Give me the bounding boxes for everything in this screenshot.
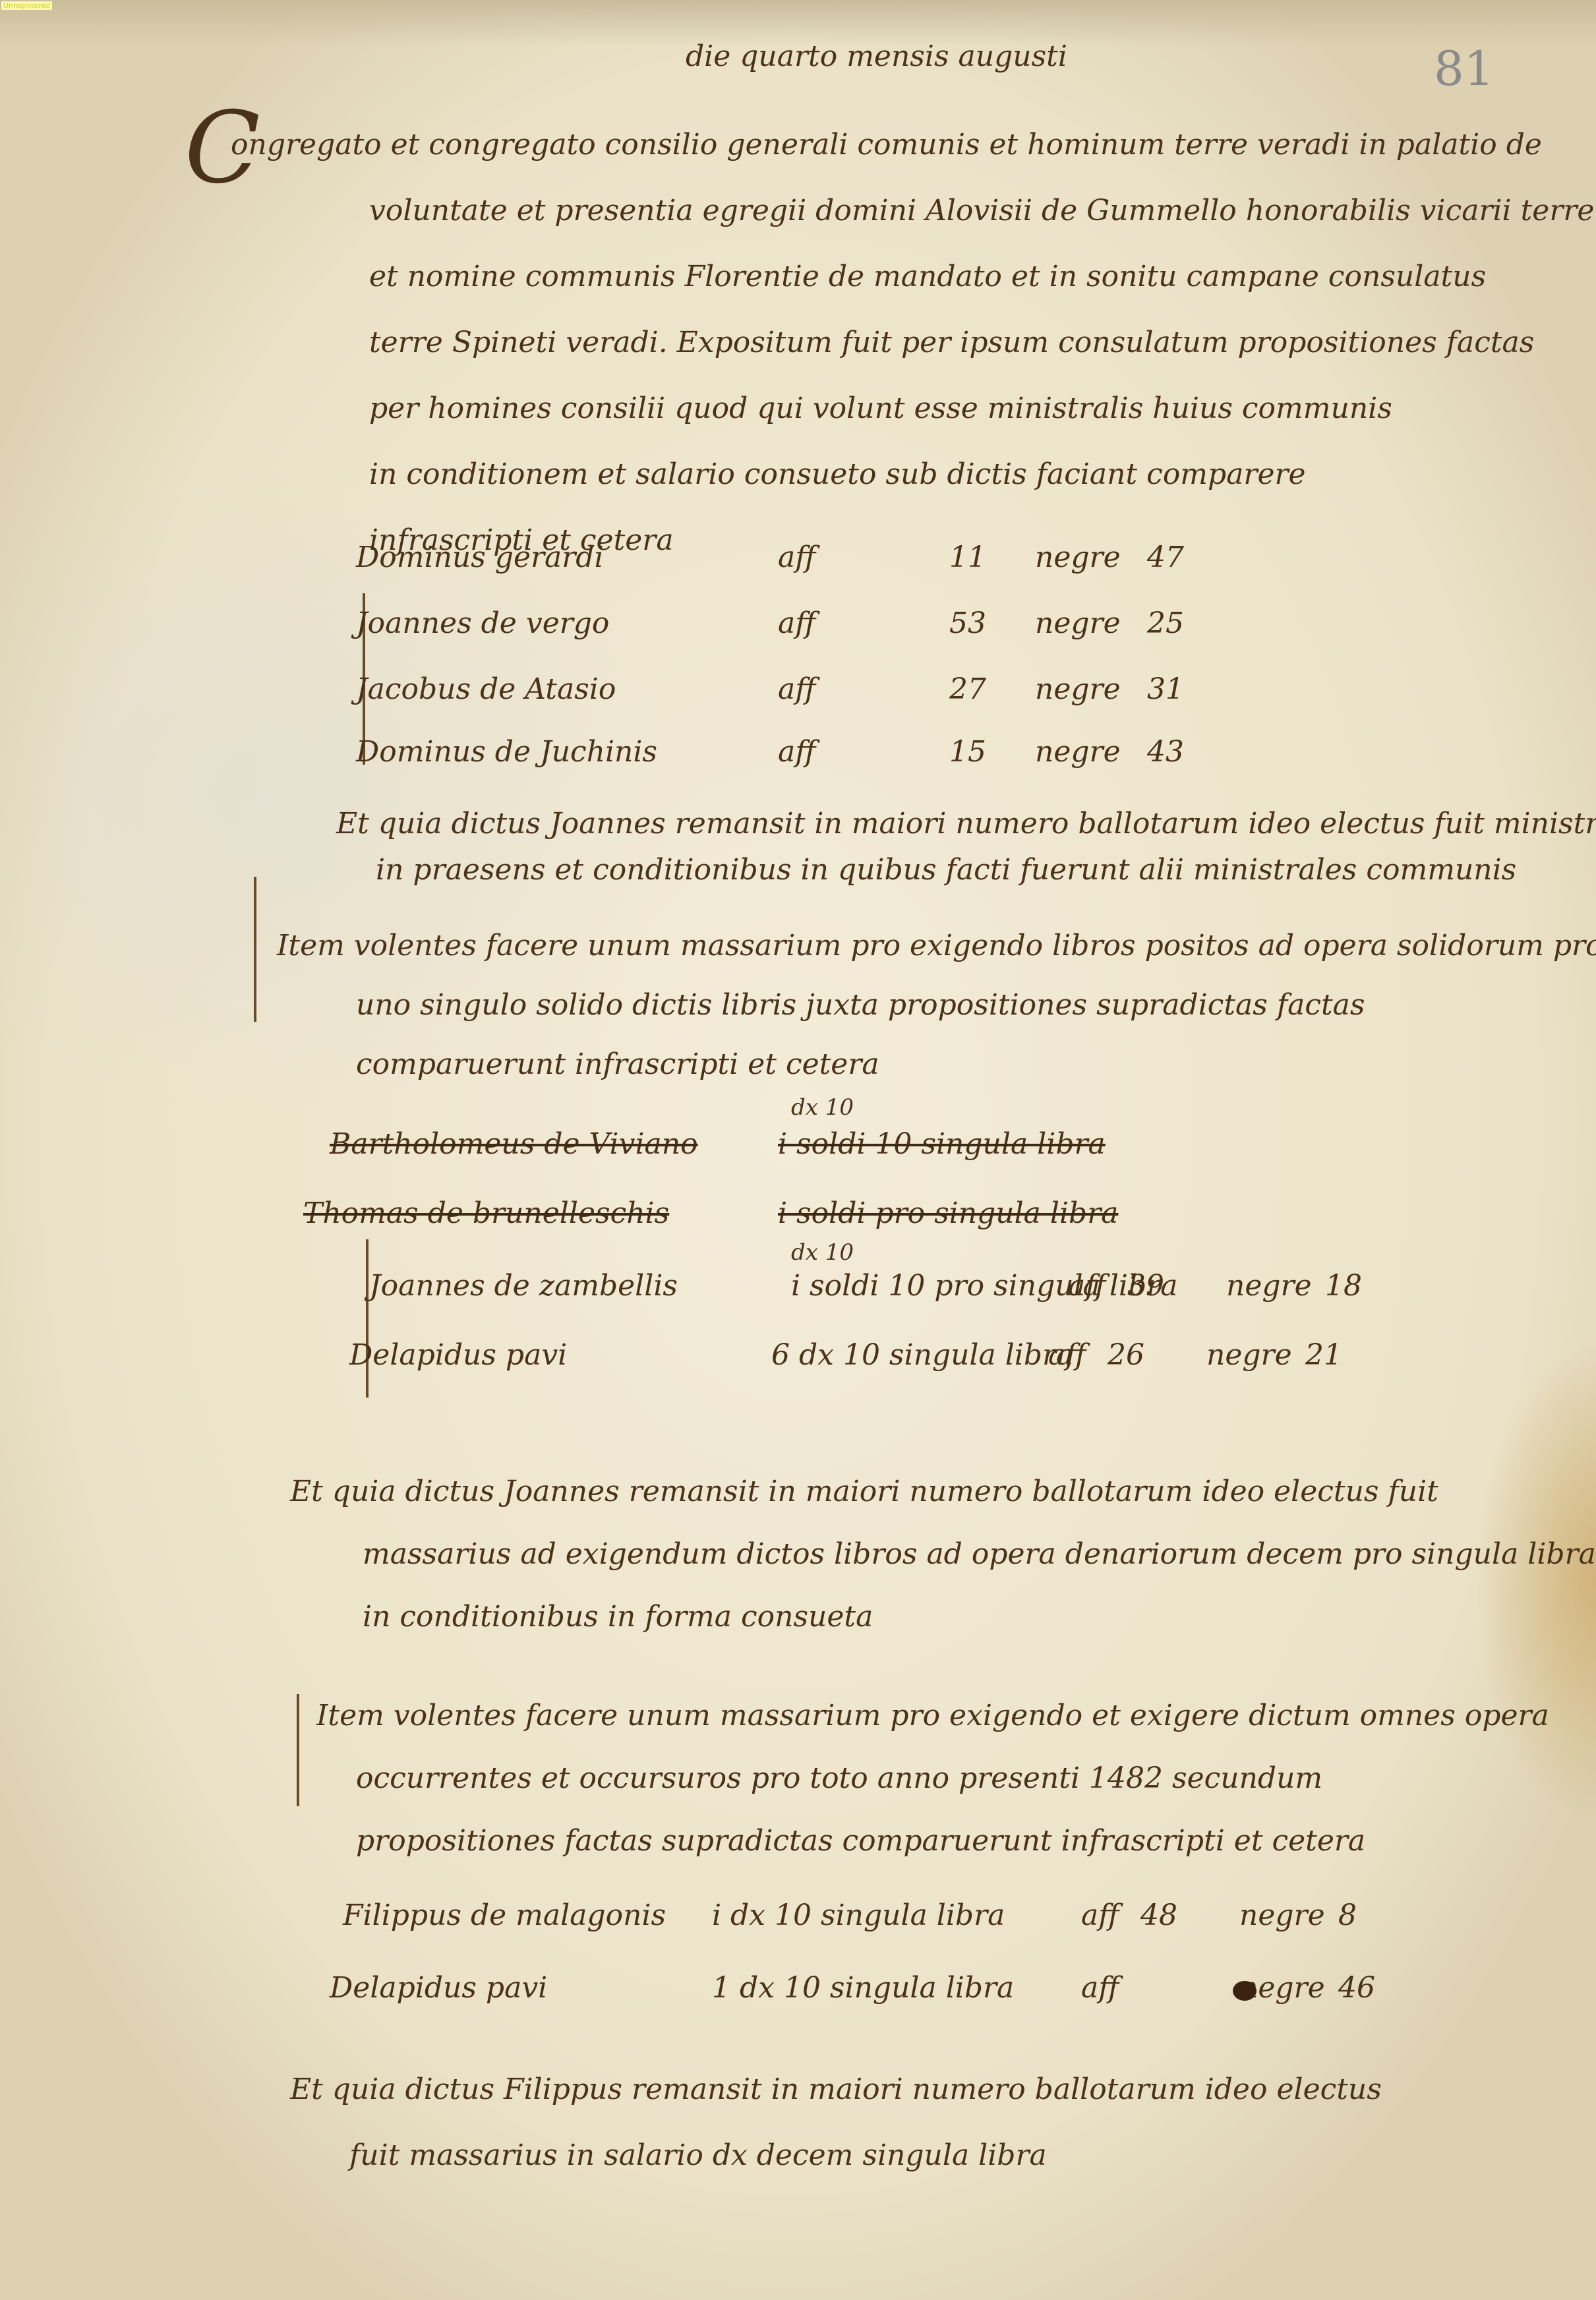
text-line: ongregato et congregato consilio general… bbox=[231, 112, 1542, 178]
aff-count: 11 bbox=[949, 541, 1035, 574]
manuscript-page: Unregistered die quarto mensis augusti 8… bbox=[0, 0, 1596, 2300]
aff-label: aff bbox=[778, 606, 949, 640]
candidate-name: Delapidus pavi bbox=[349, 1338, 771, 1372]
text-line: Item volentes facere unum massarium pro … bbox=[316, 1684, 1549, 1747]
ballot-row-struck: Bartholomeus de Viviano i soldi 10 singu… bbox=[330, 1127, 1088, 1161]
aff-label: aff bbox=[1048, 1338, 1108, 1372]
ballot-bracket bbox=[366, 1239, 369, 1398]
aff-label: aff bbox=[778, 672, 949, 706]
text-line: in conditionem et salario consueto sub d… bbox=[369, 442, 1392, 508]
ballot-row: Joannes de zambellis i soldi 10 pro sing… bbox=[369, 1269, 1362, 1303]
neg-count: 21 bbox=[1305, 1338, 1342, 1372]
aff-count: 39 bbox=[1127, 1269, 1226, 1303]
candidate-name: Thomas de brunelleschis bbox=[303, 1196, 778, 1230]
text-line: propositiones factas supradictas comparu… bbox=[316, 1810, 1549, 1872]
neg-label: negre bbox=[1226, 1269, 1325, 1303]
text-line: et nomine communis Florentie de mandato … bbox=[369, 244, 1596, 310]
text-line: in conditionibus in forma consueta bbox=[290, 1585, 1596, 1648]
candidate-name: Jacobus de Atasio bbox=[356, 672, 778, 706]
candidate-name: Delapidus pavi bbox=[330, 1971, 712, 2005]
paragraph-assembly: ongregato et congregato consilio general… bbox=[231, 112, 1542, 178]
wage-offer: i soldi 10 singula libra bbox=[778, 1127, 1088, 1161]
text-line: voluntate et presentia egregii domini Al… bbox=[369, 178, 1596, 244]
text-line: terre Spineti veradi. Expositum fuit per… bbox=[369, 310, 1596, 376]
candidate-name: Joannes de vergo bbox=[356, 606, 778, 640]
unregistered-watermark: Unregistered bbox=[1, 1, 52, 10]
neg-label: negre bbox=[1035, 606, 1147, 640]
aff-label: aff bbox=[778, 735, 949, 769]
candidate-name: Bartholomeus de Viviano bbox=[330, 1127, 778, 1161]
neg-count: 31 bbox=[1147, 672, 1184, 706]
paragraph-second-massarius-proposal: Item volentes facere unum massarium pro … bbox=[316, 1684, 1549, 1872]
paragraph-filippus-elected: Et quia dictus Filippus remansit in maio… bbox=[290, 2057, 1382, 2189]
neg-count: 25 bbox=[1147, 606, 1184, 640]
wage-offer: i dx 10 singula libra bbox=[712, 1899, 1081, 1932]
ballot-row-struck: Thomas de brunelleschis i soldi pro sing… bbox=[303, 1196, 1088, 1230]
aff-label: aff bbox=[778, 541, 949, 574]
text-line: per homines consilii quod qui volunt ess… bbox=[369, 376, 1392, 442]
neg-count: 18 bbox=[1325, 1269, 1362, 1303]
ballot-row: Dominus gerardi aff 11 negre 47 bbox=[356, 541, 1184, 574]
text-line: uno singulo solido dictis libris juxta p… bbox=[277, 976, 1596, 1035]
candidate-name: Dominus gerardi bbox=[356, 541, 778, 574]
aff-count: 27 bbox=[949, 672, 1035, 706]
text-line: fuit massarius in salario dx decem singu… bbox=[290, 2123, 1382, 2189]
candidate-name: Dominus de Juchinis bbox=[356, 735, 778, 769]
wage-offer: i soldi 10 pro singula libra bbox=[791, 1269, 1068, 1303]
aff-label: aff bbox=[1068, 1269, 1127, 1303]
wage-offer: i soldi pro singula libra bbox=[778, 1196, 1088, 1230]
text-line: massarius ad exigendum dictos libros ad … bbox=[290, 1523, 1596, 1585]
ballot-row: Dominus de Juchinis aff 15 negre 43 bbox=[356, 735, 1184, 769]
neg-count: 43 bbox=[1147, 735, 1184, 769]
neg-label: negre bbox=[1206, 1338, 1305, 1372]
ballot-row: Delapidus pavi 1 dx 10 singula libra aff… bbox=[330, 1971, 1375, 2005]
neg-count: 8 bbox=[1338, 1899, 1357, 1932]
neg-count: 46 bbox=[1338, 1971, 1375, 2005]
text-line: Et quia dictus Joannes remansit in maior… bbox=[336, 801, 1596, 847]
neg-label: negre bbox=[1035, 735, 1147, 769]
text-line: in praesens et conditionibus in quibus f… bbox=[336, 847, 1596, 893]
folio-number: 81 bbox=[1434, 41, 1494, 96]
paragraph-massarius-proposal: Item volentes facere unum massarium pro … bbox=[277, 916, 1596, 1094]
neg-count: 47 bbox=[1147, 541, 1184, 574]
superscript-wage-note: dx 10 bbox=[791, 1239, 854, 1266]
ballot-row: Delapidus pavi 6 dx 10 singula libra aff… bbox=[349, 1338, 1342, 1372]
aff-label: aff bbox=[1081, 1899, 1140, 1932]
neg-label: negre bbox=[1239, 1899, 1338, 1932]
ballot-row: Jacobus de Atasio aff 27 negre 31 bbox=[356, 672, 1184, 706]
paragraph-assembly-cont: voluntate et presentia egregii domini Al… bbox=[369, 178, 1596, 376]
candidate-name: Joannes de zambellis bbox=[369, 1269, 791, 1303]
superscript-wage-note: dx 10 bbox=[791, 1094, 854, 1121]
wage-offer: 6 dx 10 singula libra bbox=[771, 1338, 1048, 1372]
aff-label: aff bbox=[1081, 1971, 1140, 2005]
paragraph-bracket bbox=[254, 877, 256, 1022]
ballot-row: Joannes de vergo aff 53 negre 25 bbox=[356, 606, 1184, 640]
text-line: occurrentes et occursuros pro toto anno … bbox=[316, 1747, 1549, 1810]
aff-count: 48 bbox=[1140, 1899, 1239, 1932]
wage-offer: 1 dx 10 singula libra bbox=[712, 1971, 1081, 2005]
aff-count: 53 bbox=[949, 606, 1035, 640]
neg-label: negre bbox=[1035, 672, 1147, 706]
paragraph-massarius-elected: Et quia dictus Joannes remansit in maior… bbox=[290, 1460, 1596, 1648]
aff-count: 26 bbox=[1108, 1338, 1206, 1372]
aff-count: 15 bbox=[949, 735, 1035, 769]
neg-label: negre bbox=[1035, 541, 1147, 574]
text-line: Et quia dictus Joannes remansit in maior… bbox=[290, 1460, 1596, 1523]
ink-blot bbox=[1233, 1981, 1256, 2001]
paragraph-bracket bbox=[297, 1694, 299, 1806]
candidate-name: Filippus de malagonis bbox=[343, 1899, 712, 1932]
text-line: comparuerunt infrascripti et cetera bbox=[277, 1035, 1596, 1094]
text-line: Et quia dictus Filippus remansit in maio… bbox=[290, 2057, 1382, 2123]
paragraph-election-result: Et quia dictus Joannes remansit in maior… bbox=[336, 801, 1596, 893]
text-line: Item volentes facere unum massarium pro … bbox=[277, 916, 1596, 976]
date-heading: die quarto mensis augusti bbox=[686, 40, 1067, 73]
ballot-row: Filippus de malagonis i dx 10 singula li… bbox=[343, 1899, 1357, 1932]
aff-count-blotted: [ink blot] bbox=[1140, 1971, 1239, 2005]
